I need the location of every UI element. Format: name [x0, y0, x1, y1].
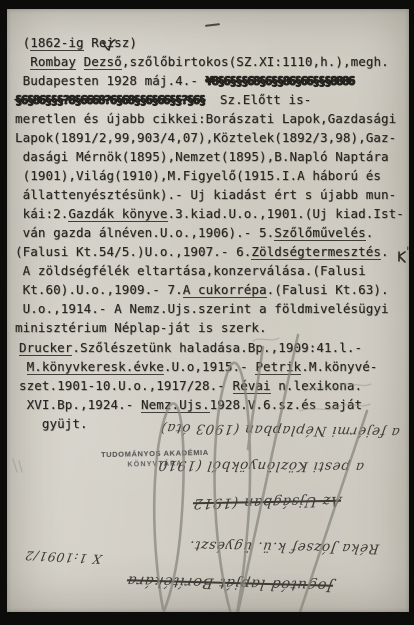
underlined-text: Zöldségtermesztés: [251, 244, 381, 260]
handwritten-annotation: Réka József k.ü. ügyészt.: [158, 537, 409, 557]
typed-text: állattenyésztésünk).- Uj kiadást ért s ú…: [15, 187, 396, 202]
underlined-text: A cukorrépa: [183, 282, 267, 298]
typed-line: M.könyvkeresk.évke.U.o,1915.- Petrik.M.k…: [19, 357, 377, 376]
typed-line: (1901),Világ(1910),M.Figyelő(1915.I.A há…: [15, 166, 404, 185]
typed-line: (1862-ig Reisz): [15, 33, 404, 52]
underlined-text: Rombay: [30, 54, 76, 70]
typed-text: (Falusi Kt.54/5.)U.o.,1907.- 6.: [15, 244, 251, 259]
typed-text: XVI.Bp.,1924.-: [19, 397, 141, 412]
handwritten-annotation: a fejérmi Néplapban (1903 óta): [146, 420, 409, 441]
underlined-text: M.könyvkeresk.évke: [27, 359, 164, 375]
typed-line: XVI.Bp.,1924.- Nemz.Ujs.1928.V.6.sz.és s…: [19, 395, 377, 414]
typed-text: .(Falusi Kt.63).: [267, 282, 389, 297]
handwritten-annotation: X 1:1091/2: [10, 547, 116, 567]
typed-text: meretlen és újabb cikkei:Borászati Lapok…: [15, 111, 396, 126]
typed-line: ván gazda álnéven.U.o.,1906).- 5.Szőlőmű…: [15, 223, 404, 242]
underlined-text: Gazdák könyve: [68, 206, 167, 222]
underlined-text: Révai: [233, 378, 271, 394]
typed-line: minisztérium Néplap-ját is szerk.: [15, 318, 404, 337]
typed-text: (1901),Világ(1910),M.Figyelő(1915.I.A há…: [15, 168, 381, 183]
typed-line: szet.1901-10.U.o.,1917/28.- Révai n.lexi…: [19, 376, 377, 395]
typed-paragraph-main: (1862-ig Reisz) Rombay Dezső,szőlőbirtok…: [15, 33, 404, 337]
underlined-text: 1862-ig: [30, 35, 83, 51]
typed-text: .: [381, 244, 389, 259]
catalog-card: (1862-ig Reisz) Rombay Dezső,szőlőbirtok…: [7, 9, 409, 612]
typed-line: U.o.,1914.- A Nemz.Ujs.szerint a földmiv…: [15, 299, 404, 318]
underlined-text: Drucker: [19, 340, 72, 356]
typed-text: gyüjt.: [19, 416, 88, 431]
typed-text: Sz.Előtt is-: [205, 92, 312, 107]
typed-line: állattenyésztésünk).- Uj kiadást ért s ú…: [15, 185, 404, 204]
underlined-text: Szőlőművelés: [274, 225, 366, 241]
typed-text: .U.o,1915.-: [164, 359, 256, 374]
typed-text: szet.1901-10.U.o.,1917/28.-: [19, 378, 233, 393]
pencil-scribble-4: [13, 459, 22, 472]
typed-text: 1928.V.6.sz.és saját: [210, 397, 363, 412]
typed-line: A zöldségfélék eltartása,konzerválása.(F…: [15, 261, 404, 280]
typed-text: U.o.,1914.- A Nemz.Ujs.szerint a földmiv…: [15, 301, 389, 316]
typed-text: A zöldségfélék eltartása,konzerválása.(F…: [15, 263, 366, 278]
typed-text: kái:2.: [15, 206, 68, 221]
handwritten-annotation: a pesti Közlönyökből (1910: [124, 457, 398, 475]
typed-text: [76, 54, 84, 69]
typed-text: Reisz): [84, 35, 137, 50]
typed-text: Kt.60).U.o.,1909.- 7.: [15, 282, 183, 297]
typed-line: Rombay Dezső,szőlőbirtokos(SZ.XI:1110,h.…: [15, 52, 404, 71]
typed-text: [19, 359, 27, 374]
overstruck-text: §6§86§§§?8§6668?6§68§§6§66§§?§6§: [15, 92, 205, 107]
typed-text: Budapesten 1928 máj.4.-: [15, 73, 206, 88]
typed-text: minisztérium Néplap-ját is szerk.: [15, 320, 267, 335]
typed-text: (: [15, 35, 30, 50]
pencil-dash-mark: [205, 23, 220, 27]
typed-text: .Szőlészetünk haladása.Bp.,1909:41.l.-: [72, 340, 362, 355]
typed-line: (Falusi Kt.54/5.)U.o.,1907.- 6.Zöldségte…: [15, 242, 404, 261]
typed-text: dasági Mérnök(1895),Nemzet(1895),B.Napló…: [15, 149, 389, 164]
typed-text: ván gazda álnéven.U.o.,1906).- 5.: [15, 225, 274, 240]
underlined-text: Nemz.Ujs.: [141, 397, 210, 413]
overstruck-text: ¥8§6§§§68§6§§86§66§§§8886: [206, 73, 354, 88]
typed-text: ,szőlőbirtokos(SZ.XI:1110,h.),megh.: [122, 54, 389, 69]
typed-line: Kt.60).U.o.,1909.- 7.A cukorrépa.(Falusi…: [15, 280, 404, 299]
underlined-text: Petrik: [255, 359, 301, 375]
typed-text: .M.könyvé-: [301, 359, 377, 374]
typed-line: Drucker.Szőlészetünk haladása.Bp.,1909:4…: [19, 338, 377, 357]
typed-line: Budapesten 1928 máj.4.- ¥8§6§§§68§6§§86§…: [15, 71, 404, 90]
underlined-text: Dezső: [84, 54, 122, 70]
typed-line: kái:2.Gazdák könyve.3.kiad.U.o.,1901.(Uj…: [15, 204, 404, 223]
handwritten-annotation: Az Ujságban (1912: [166, 492, 368, 512]
handwritten-annotation: Jogutód lapját Borítékára: [94, 571, 366, 594]
pencil-tick-mark: ': [406, 245, 409, 260]
typed-text: Lapok(1891/2,99,903/4,07),Köztelek(1892/…: [15, 130, 396, 145]
typed-line: §6§86§§§?8§6668?6§68§§6§66§§?§6§ Sz.Előt…: [15, 90, 404, 109]
typed-text: .: [366, 225, 374, 240]
typed-text: [15, 54, 30, 69]
typed-text: .3.kiad.U.o.,1901.(Uj kiad.Ist-: [168, 206, 404, 221]
typed-line: Lapok(1891/2,99,903/4,07),Köztelek(1892/…: [15, 128, 404, 147]
typed-text: n.lexikona.: [271, 378, 363, 393]
typed-line: meretlen és újabb cikkei:Borászati Lapok…: [15, 109, 404, 128]
typed-line: dasági Mérnök(1895),Nemzet(1895),B.Napló…: [15, 147, 404, 166]
typed-paragraph-bibliography: Drucker.Szőlészetünk haladása.Bp.,1909:4…: [19, 338, 377, 433]
